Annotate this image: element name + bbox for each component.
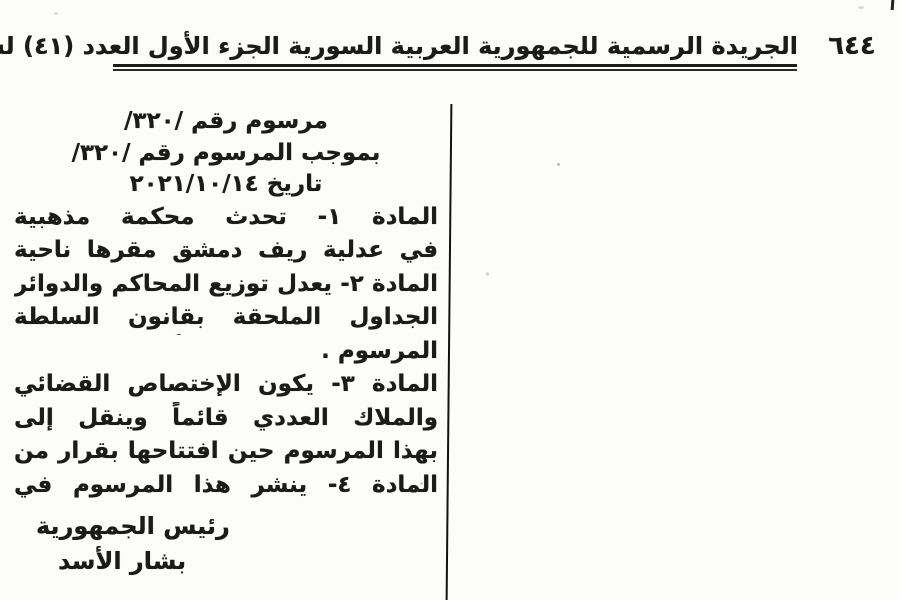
article-3-line-3: بهذا المرسوم حين افتتاحها بقرار من وزير … [14,435,438,469]
signature-name: بشار الأسد [14,544,438,579]
gazette-scanned-page: ٦٤٤ الجريدة الرسمية للجمهورية العربية ال… [0,0,900,600]
scan-artifact-speck [858,6,864,9]
scan-artifact-speck [557,163,560,166]
decree-number-line: مرسوم رقم /٣٢٠/ [14,106,438,138]
article-3-line-1: المادة ٣- يكون الإختصاص القضائي المحلي [14,368,438,402]
decree-text-column: مرسوم رقم /٣٢٠/ بموجب المرسوم رقم /٣٢٠/ … [14,106,438,579]
article-3-line-2: والملاك العددي قائماً وينقل إلى المحكمة … [14,402,438,436]
article-4-line-1: المادة ٤- ينشر هذا المرسوم في الجريدة ال… [14,469,438,503]
article-2-line-1: المادة ٢- يعدل توزيع المحاكم والدوائر ال… [14,268,438,302]
page-number: ٦٤٤ [824,31,880,61]
scan-artifact-speck [420,482,423,485]
scan-artifact-speck [54,12,58,15]
decree-date-line: تاريخ ٢٠٢١/١٠/١٤ [14,169,438,201]
signature-title: رئيس الجمهورية [14,509,438,544]
header-underline-thin [113,69,797,71]
decree-reference-line: بموجب المرسوم رقم /٣٢٠/ [14,138,438,170]
article-2-line-2: الجداول الملحقة بقانون السلطة القضائية و… [14,301,438,335]
scan-artifact-corner-tick [891,0,895,10]
article-2-line-3: المرسوم . [14,335,438,369]
gazette-header-title: الجريدة الرسمية للجمهورية العربية السوري… [0,32,798,60]
column-divider-line [446,104,453,600]
header-underline-thick [113,64,797,67]
scan-artifact-speck [486,272,489,276]
article-1-line-2: في عدلية ريف دمشق مقرها ناحية أشرفية صحن… [14,234,438,268]
article-1-line-1: المادة ١- تحدث محكمة مذهبية للموحدين الد… [14,201,438,235]
